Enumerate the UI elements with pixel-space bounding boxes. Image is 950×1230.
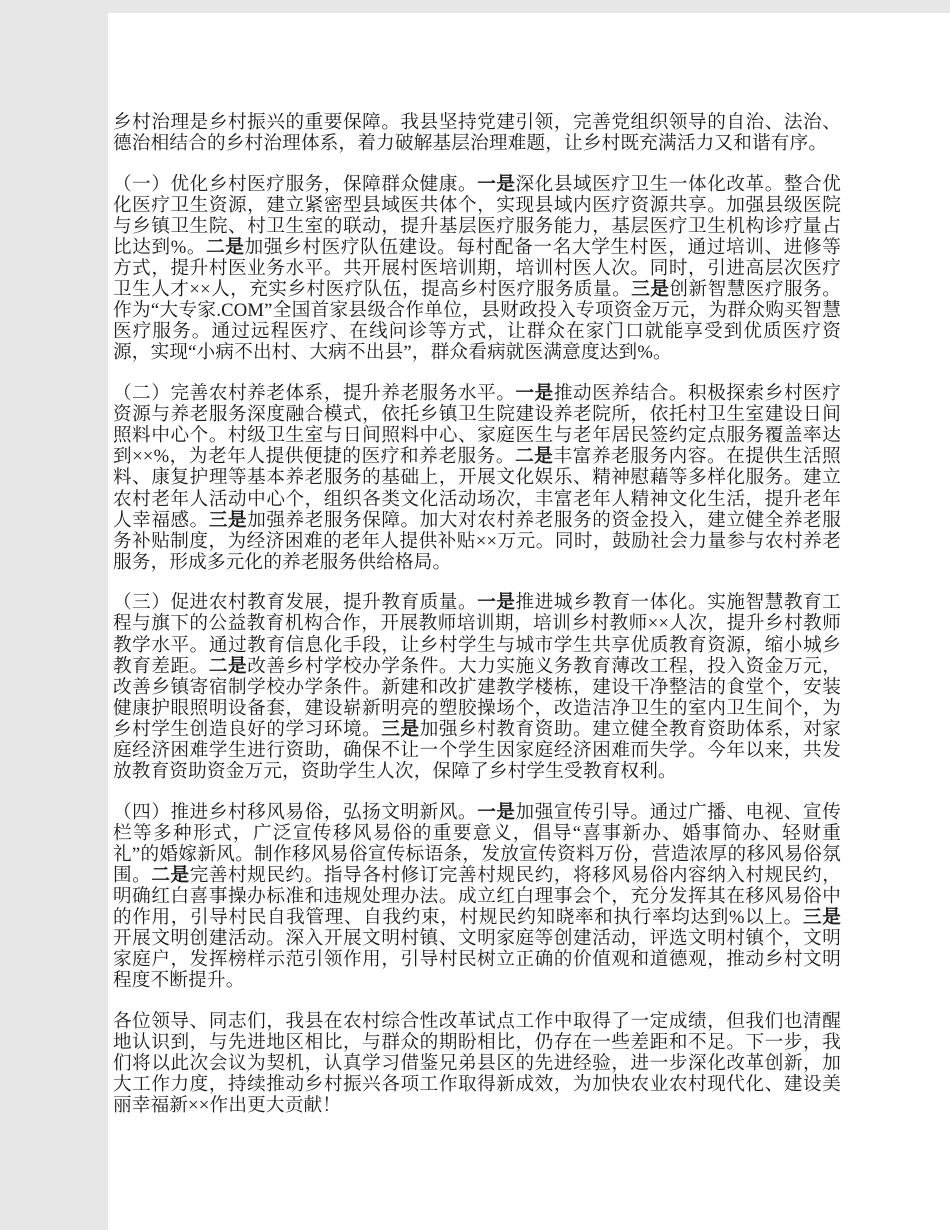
paragraph: （二）完善农村养老体系，提升养老服务水平。一是推动医养结合。积极探索乡村医疗资源…	[113, 383, 841, 573]
paragraph: （三）促进农村教育发展，提升教育质量。一是推进城乡教育一体化。实施智慧教育工程与…	[113, 592, 841, 782]
paragraph: 各位领导、同志们，我县在农村综合性改革试点工作中取得了一定成绩，但我们也清醒地认…	[113, 1011, 841, 1116]
text-run: （四）推进乡村移风易俗，弘扬文明新风。	[113, 802, 477, 823]
emphasis-text-run: 二是	[151, 865, 189, 886]
document-viewer: { "theme": { "canvas_background": "#e7e7…	[0, 0, 950, 1230]
emphasis-text-run: 一是	[477, 592, 515, 613]
text-run: 各位领导、同志们，我县在农村综合性改革试点工作中取得了一定成绩，但我们也清醒地认…	[113, 1011, 841, 1116]
text-run: （三）促进农村教育发展，提升教育质量。	[113, 592, 477, 613]
emphasis-text-run: 二是	[209, 656, 247, 677]
text-run: 开展文明创建活动。深入开展文明村镇、文明家庭等创建活动，评选文明村镇个，文明家庭…	[113, 928, 841, 991]
emphasis-text-run: 一是	[477, 174, 515, 195]
emphasis-text-run: 二是	[206, 237, 245, 258]
emphasis-text-run: 一是	[516, 383, 554, 404]
emphasis-text-run: 三是	[209, 510, 247, 531]
emphasis-text-run: 二是	[515, 446, 553, 467]
text-run: 乡村治理是乡村振兴的重要保障。我县坚持党建引领，完善党组织领导的自治、法治、德治…	[113, 112, 841, 154]
paragraph: 乡村治理是乡村振兴的重要保障。我县坚持党建引领，完善党组织领导的自治、法治、德治…	[113, 112, 841, 154]
document-page: 乡村治理是乡村振兴的重要保障。我县坚持党建引领，完善党组织领导的自治、法治、德治…	[108, 13, 950, 1230]
paragraph: （一）优化乡村医疗服务，保障群众健康。一是深化县域医疗卫生一体化改革。整合优化医…	[113, 174, 841, 364]
emphasis-text-run: 三是	[803, 907, 841, 928]
paragraph: （四）推进乡村移风易俗，弘扬文明新风。一是加强宣传引导。通过广播、电视、宣传栏等…	[113, 802, 841, 992]
document-body: 乡村治理是乡村振兴的重要保障。我县坚持党建引领，完善党组织领导的自治、法治、德治…	[113, 112, 841, 1117]
emphasis-text-run: 一是	[477, 802, 515, 823]
emphasis-text-run: 三是	[631, 279, 669, 300]
text-run: 完善村规民约。指导各村修订完善村规民约，将移风易俗内容纳入村规民约，明确红白喜事…	[113, 865, 841, 928]
text-run: （二）完善农村养老体系，提升养老服务水平。	[113, 383, 516, 404]
emphasis-text-run: 三是	[381, 719, 419, 740]
text-run: （一）优化乡村医疗服务，保障群众健康。	[113, 174, 477, 195]
